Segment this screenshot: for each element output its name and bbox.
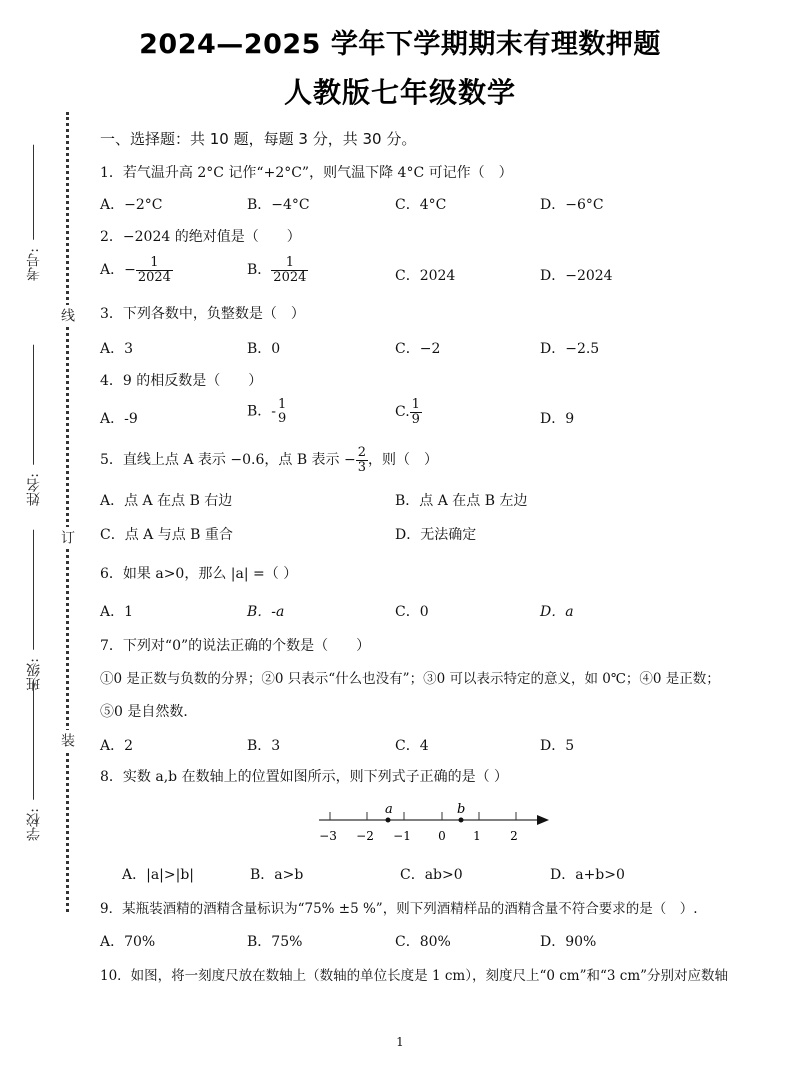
q3-option-c: C．−2 [395,338,440,358]
q2-option-d: D．−2024 [540,265,613,285]
q1-option-a: A．−2°C [100,194,162,214]
arrow-icon [537,815,549,825]
question-10-stem: 10．如图，将一刻度尺放在数轴上（数轴的单位长度是 1 cm），刻度尺上“0 c… [100,964,728,984]
q2-option-c: C．2024 [395,265,455,285]
question-7-stem: 7．下列对“0”的说法正确的个数是（ ） [100,635,370,655]
q3-option-a: A．3 [100,338,133,358]
q6-option-b: B．-a [247,601,284,621]
question-3-stem: 3．下列各数中，负整数是（ ） [100,303,305,323]
q7-option-d: D．5 [540,735,574,755]
q4-option-c: C.19 [395,398,422,426]
binding-char-ding: 订 [57,527,77,547]
svg-text:−2: −2 [356,829,374,843]
school-blank[interactable] [34,680,35,800]
q4-option-a: A．-9 [100,408,138,428]
q8-option-c: C．ab>0 [400,864,463,884]
q1-option-c: C．4°C [395,194,446,214]
q8-option-d: D．a+b>0 [550,864,625,884]
q1-option-b: B．−4°C [247,194,310,214]
q3-option-d: D．−2.5 [540,338,599,358]
number-line-figure: a b −3 −2 −1 0 1 2 [315,800,555,850]
exam-number-label: 考号: [24,248,44,281]
q1-option-d: D．−6°C [540,194,604,214]
exam-subtitle: 人教版七年级数学 [0,71,800,111]
q5-option-d: D．无法确定 [395,524,476,544]
q6-option-d: D．a [540,601,574,621]
svg-text:b: b [457,802,465,817]
section-heading: 一、选择题：共 10 题，每题 3 分，共 30 分。 [100,128,416,149]
q7-option-a: A．2 [100,735,133,755]
name-blank[interactable] [34,345,35,465]
point-a [386,818,391,823]
question-4-stem: 4．9 的相反数是（ ） [100,370,262,390]
q7-option-c: C．4 [395,735,429,755]
q7-option-b: B．3 [247,735,280,755]
question-5-stem: 5．直线上点 A 表示 −0.6，点 B 表示 −23，则（ ） [100,446,438,474]
name-label: 姓名: [24,473,44,506]
svg-text:a: a [385,802,393,817]
question-9-stem: 9．某瓶装酒精的酒精含量标识为“75% ±5 %”，则下列酒精样品的酒精含量不符… [100,897,698,917]
point-b [459,818,464,823]
q7-statements-line1: ①0 是正数与负数的分界；②0 只表示“什么也没有”；③0 可以表示特定的意义，… [100,667,720,687]
q9-option-d: D．90% [540,931,596,951]
question-2-stem: 2．−2024 的绝对值是（ ） [100,226,301,246]
svg-text:1: 1 [473,829,481,843]
q2-option-b: B．12024 [247,256,308,284]
q7-statements-line2: ⑤0 是自然数． [100,701,197,721]
question-8-stem: 8．实数 a,b 在数轴上的位置如图所示，则下列式子正确的是（ ） [100,766,508,786]
question-1-stem: 1．若气温升高 2°C 记作“+2°C”，则气温下降 4°C 可记作（ ） [100,162,513,182]
q9-option-b: B．75% [247,931,302,951]
q2-option-a: A．−12024 [100,256,173,284]
q5-option-c: C．点 A 与点 B 重合 [100,524,233,544]
svg-text:2: 2 [510,829,518,843]
q3-option-b: B．0 [247,338,280,358]
svg-text:−1: −1 [393,829,411,843]
exam-title: 2024—2025 学年下学期期末有理数押题 [0,22,800,61]
exam-number-blank[interactable] [34,145,35,240]
exam-number-field[interactable]: 考号: [24,145,44,281]
binding-char-xian: 线 [57,305,77,325]
svg-text:0: 0 [438,829,446,843]
q4-option-d: D．9 [540,408,574,428]
q4-option-b: B．-19 [247,398,288,425]
q8-option-a: A．|a|>|b| [122,864,194,884]
q6-option-c: C．0 [395,601,429,621]
q6-option-a: A．1 [100,601,133,621]
q9-option-a: A．70% [100,931,155,951]
q5-option-a: A．点 A 在点 B 右边 [100,490,232,510]
school-label: 学校: [24,808,44,841]
svg-text:−3: −3 [319,829,337,843]
page-number: 1 [0,1035,800,1049]
q5-option-b: B．点 A 在点 B 左边 [395,490,528,510]
school-field[interactable]: 学校: [24,680,44,841]
q8-option-b: B．a>b [250,864,303,884]
question-6-stem: 6．如果 a>0，那么 |a| =（ ） [100,563,297,583]
name-field[interactable]: 姓名: [24,345,44,506]
binding-char-zhuang: 装 [57,730,77,750]
class-blank[interactable] [34,530,35,650]
q9-option-c: C．80% [395,931,451,951]
binding-dotted-line [66,112,69,912]
class-field[interactable]: 班级: [24,530,44,691]
